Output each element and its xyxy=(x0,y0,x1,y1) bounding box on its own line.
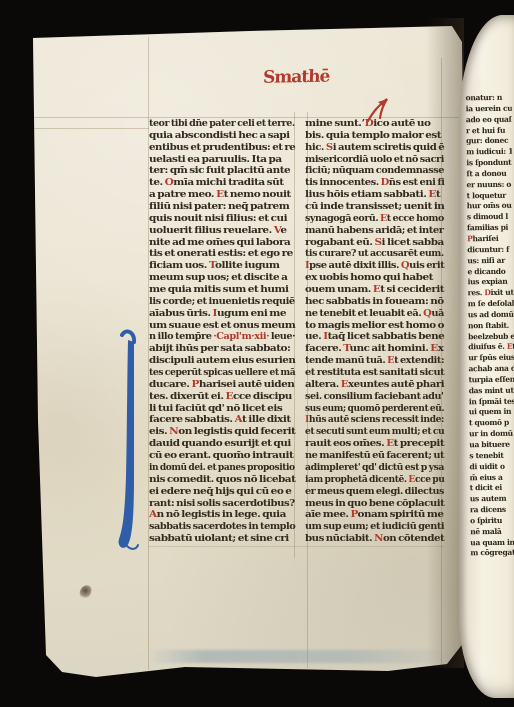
manuscript-page: Smathē teor tibi dn̄e pater celi et terr… xyxy=(0,0,514,707)
text-line: us autem xyxy=(470,493,514,504)
text-line: ex uobis homo qui habet xyxy=(305,272,444,284)
text-line: ne tenebit et leuabit eā. Quā xyxy=(305,308,444,320)
text-line: di uidit o xyxy=(469,460,514,471)
text-line: ouem unam. Et si ceciderit xyxy=(305,284,444,296)
text-line: r et hui fu xyxy=(466,124,512,135)
text-line: t loquetur xyxy=(467,189,513,200)
text-line: nis comedit. quos nō licebat xyxy=(149,474,295,486)
text-line: diuiſus ē. Et xyxy=(468,341,514,352)
text-line: ſt a donou xyxy=(466,168,512,179)
text-line: synagogā eorū. Et ecce homo xyxy=(305,213,444,225)
text-line: et restituta est sanitati sicut xyxy=(305,367,444,379)
text-line: rant: nisi solis sacerdotibus? xyxy=(149,498,295,510)
text-line: sus eum; quomō perderent eū. xyxy=(305,403,444,415)
text-line: ducare. Pharisei autē uiden xyxy=(149,379,295,391)
text-column-right: mine sunt.’Dico autē uobis. quia templo … xyxy=(305,118,444,545)
text-line: ua bituere xyxy=(469,439,514,450)
text-line: meum sup uos; et discite a xyxy=(149,272,295,284)
text-line: meus in quo bene cōplacuit xyxy=(305,498,444,510)
text-line: onatur: n xyxy=(466,92,512,103)
facing-page-edge: onatur: nia uerein cuiado eo quaſr et hu… xyxy=(459,15,514,698)
text-line: res. Dixit ut xyxy=(468,287,514,298)
text-line: ius expian xyxy=(467,276,513,287)
text-line: ui quem in xyxy=(469,406,514,417)
text-line: uelasti ea paruulis. Ita pa xyxy=(149,154,295,166)
text-line: t quomō p xyxy=(469,417,514,428)
text-line: cū eo erant. quom̄o intrauit xyxy=(149,450,295,462)
text-line: uoluerit filius reuelare. Ve xyxy=(149,225,295,237)
text-line: rauit eos om̄es. Et precepit xyxy=(305,438,444,450)
text-line: ra dicens xyxy=(470,504,514,515)
text-line: beelzebub ei xyxy=(468,330,514,341)
manuscript-photo: Smathē teor tibi dn̄e pater celi et terr… xyxy=(0,0,514,707)
text-line: ua quam in xyxy=(470,536,514,547)
text-line: li tui faciūt qd' nō licet eis xyxy=(149,403,295,415)
text-line: dauid quando esurijt et qui xyxy=(149,438,295,450)
text-line: us: niſi ar xyxy=(467,254,513,265)
text-line: bus nūciabit. Non cōtendet xyxy=(305,533,444,545)
text-line: aīe mee. Ponam spiritū me xyxy=(305,509,444,521)
text-line: abijt ihūs per sata sabbato: xyxy=(149,343,295,355)
text-line: tis curare? ut accusarēt eum. xyxy=(305,248,444,260)
text-line: e dicando xyxy=(467,265,513,276)
text-line: discipuli autem eius esurien xyxy=(149,355,295,367)
text-line: facere sabbatis. At ille dixit xyxy=(149,414,295,426)
text-line: o ſpiritu xyxy=(470,515,514,526)
text-line: hic. Si autem sciretis quid ē xyxy=(305,142,444,154)
text-line: tes. dixerūt ei. Ecce discipu xyxy=(149,391,295,403)
ruling-line-horizontal-top-margin xyxy=(33,128,149,129)
facing-text-column: onatur: nia uerein cuiado eo quaſr et hu… xyxy=(466,92,514,559)
text-line: m iudicui: 1 xyxy=(466,146,512,157)
text-line: ficiam uos. Tollite iugum xyxy=(149,260,295,272)
text-line: t dicit ei xyxy=(470,482,514,493)
text-column-left: teor tibi dn̄e pater celi et terre.quia … xyxy=(149,118,295,545)
text-line: familias pi xyxy=(467,222,513,233)
text-line: s tenebit xyxy=(469,450,514,461)
text-line: Ihūs autē sciens recessit inde: xyxy=(305,414,444,426)
text-line: facere. Tunc ait homini. Ex xyxy=(305,343,444,355)
text-line: is ſpondunt xyxy=(466,157,512,168)
text-line: er meus quem elegi. dilectus xyxy=(305,486,444,498)
text-line: a patre meo. Et nemo nouit xyxy=(149,189,295,201)
text-line: iam prophetā dicentē. Ecce pu xyxy=(305,474,444,486)
text-line: ne manifestū eū facerent; ut xyxy=(305,450,444,462)
text-line: et secuti sunt eum multi; et cu xyxy=(305,426,444,438)
text-line: cū inde transisset; uenit in xyxy=(305,201,444,213)
text-line: m ſe deſolab xyxy=(468,298,514,309)
text-line: er nuuns: o xyxy=(466,179,512,190)
text-line: mine sunt.’Dico autē uo xyxy=(305,118,444,130)
text-line: nite ad me om̄es qui labora xyxy=(149,237,295,249)
text-line: us ad domū xyxy=(468,309,514,320)
text-line: ur ſpūs eius xyxy=(468,352,514,363)
running-header: Smathē xyxy=(263,66,354,92)
text-line: ur in domū xyxy=(469,428,514,439)
text-line: um sup eum; et iudiciū genti xyxy=(305,521,444,533)
text-line: non ſtabit. xyxy=(468,319,514,330)
text-line: n illo temp̄re ·Capl'm·xii· leue· xyxy=(149,331,295,343)
text-line: ficiū; nūquam condemnasse xyxy=(305,165,444,177)
text-line: teor tibi dn̄e pater celi et terre. xyxy=(149,118,295,130)
text-line: dicuntur: f xyxy=(467,244,513,255)
text-line: in ſpmāi tes xyxy=(469,395,514,406)
text-line: turpia eſſent xyxy=(469,374,514,385)
text-line: manū habens aridā; et inter xyxy=(305,225,444,237)
text-line: lis corde; et inuenietis requiē xyxy=(149,296,295,308)
text-line: ia uerein cui xyxy=(466,103,512,114)
text-line: s dimoud l xyxy=(467,211,513,222)
text-line: achab ana d xyxy=(468,363,514,374)
text-line: sei. consilium faciebant adu' xyxy=(305,391,444,403)
text-line: misericordiā uolo et nō sacri xyxy=(305,154,444,166)
text-line: Phariſei xyxy=(467,233,513,244)
text-line: hur om̄s ou xyxy=(467,200,513,211)
text-line: eis. Non legistis quid fecerit xyxy=(149,426,295,438)
text-line: An nō legistis in lege. quia xyxy=(149,509,295,521)
illuminated-initial-i xyxy=(114,326,148,558)
text-line: gur: donec xyxy=(466,135,512,146)
text-line: bis. quia templo maior est xyxy=(305,130,444,142)
text-line: um suaue est et onus meum xyxy=(149,320,295,332)
text-line: lius hōis etiam sabbati. Et xyxy=(305,189,444,201)
text-line: quia abscondisti hec a sapi xyxy=(149,130,295,142)
ink-blemish xyxy=(78,584,92,600)
text-line: nē malā xyxy=(470,525,514,536)
text-line: das mint ut xyxy=(469,385,514,396)
text-line: sabbatū uiolant; et sine cri xyxy=(149,533,295,545)
text-line: m̄ eius a xyxy=(470,471,514,482)
text-line: m cōgregat xyxy=(470,547,514,558)
text-line: ter: qm̄ sic fuit placitū ante xyxy=(149,165,295,177)
text-line: tende manū tuā. Et extendit: xyxy=(305,355,444,367)
text-line: adimpleret' qd' dictū est p ysa xyxy=(305,462,444,474)
text-line: filiū nisi pater: neq̄ patrem xyxy=(149,201,295,213)
text-line: te. Omīa michi tradita sūt xyxy=(149,177,295,189)
text-line: Ipse autē dixit illis. Quis erit xyxy=(305,260,444,272)
text-line: in domū dei. et panes propositio xyxy=(149,462,295,474)
text-line: tis innocentes. Dn̄s est eni fi xyxy=(305,177,444,189)
text-line: ei edere neq̄ hijs qui cū eo e xyxy=(149,486,295,498)
text-line: tis et onerati estis: et ego re xyxy=(149,248,295,260)
text-line: quis nouit nisi filius: et cui xyxy=(149,213,295,225)
page-bottom-edge-tint xyxy=(148,650,456,663)
text-line: sabbatis sacerdotes in templo xyxy=(149,521,295,533)
text-line: to magis melior est homo o xyxy=(305,320,444,332)
text-line: hec sabbatis in foueam: nō xyxy=(305,296,444,308)
text-line: altera. Exeuntes autē phari xyxy=(305,379,444,391)
ruling-line-horizontal-bottom xyxy=(148,546,444,547)
text-line: rogabant eū. Si licet sabba xyxy=(305,237,444,249)
text-line: ado eo quaſ xyxy=(466,113,512,124)
text-line: ue. Itaq̄ licet sabbatis bene xyxy=(305,331,444,343)
text-line: entibus et prudentibus: et re xyxy=(149,142,295,154)
text-line: aīabus ūris. Iugum eni me xyxy=(149,308,295,320)
text-line: me quia mitis sum et humi xyxy=(149,284,295,296)
text-line: tes ceperūt spicas uellere et mā xyxy=(149,367,295,379)
